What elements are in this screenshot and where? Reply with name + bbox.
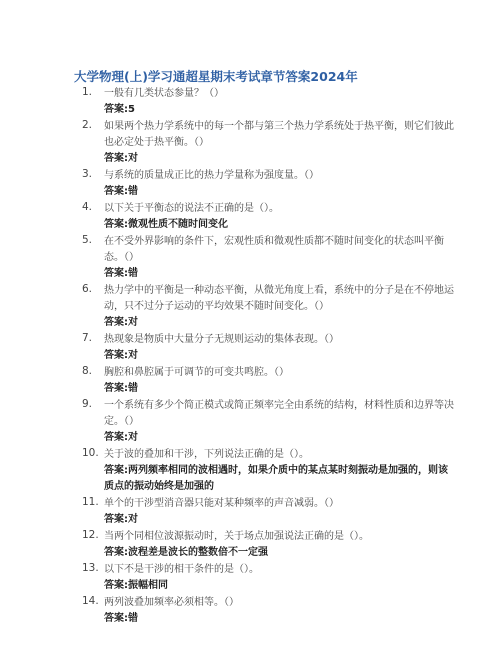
- question-item: 9. 一个系统有多少个简正模式或简正频率完全由系统的结构，材料性质和边界等决定。…: [74, 398, 454, 446]
- question-item: 4. 以下关于平衡态的说法不正确的是（）。 答案:微观性质不随时间变化: [74, 201, 454, 233]
- question-number: 10.: [82, 447, 99, 459]
- question-number: 1.: [82, 86, 92, 98]
- question-text: 单个的干涉型消音器只能对某种频率的声音减弱。（）: [104, 496, 454, 512]
- question-item: 2. 如果两个热力学系统中的每一个都与第三个热力学系统处于热平衡，则它们彼此也必…: [74, 119, 454, 167]
- answer-text: 答案:错: [104, 184, 454, 200]
- question-text: 关于波的叠加和干涉，下列说法正确的是（）。: [104, 447, 454, 463]
- question-number: 11.: [82, 496, 99, 508]
- question-text: 热现象是物质中大量分子无规则运动的集体表现。（）: [104, 332, 454, 348]
- question-number: 6.: [82, 283, 92, 295]
- question-text: 胸腔和鼻腔属于可调节的可变共鸣腔。（）: [104, 365, 454, 381]
- question-number: 2.: [82, 119, 92, 131]
- question-list: 1. 一般有几类状态参量？（） 答案:5 2. 如果两个热力学系统中的每一个都与…: [74, 86, 454, 628]
- question-text: 当两个同相位波源振动时，关于场点加强说法正确的是（）。: [104, 529, 454, 545]
- question-number: 13.: [82, 562, 99, 574]
- question-item: 11. 单个的干涉型消音器只能对某种频率的声音减弱。（） 答案:对: [74, 496, 454, 528]
- question-item: 1. 一般有几类状态参量？（） 答案:5: [74, 86, 454, 118]
- answer-text: 答案:错: [104, 381, 454, 397]
- question-item: 10. 关于波的叠加和干涉，下列说法正确的是（）。 答案:两列频率相同的波相遇时…: [74, 447, 454, 495]
- answer-text: 答案:波程差是波长的整数倍不一定强: [104, 545, 454, 561]
- question-number: 14.: [82, 595, 99, 607]
- answer-text: 答案:振幅相同: [104, 578, 454, 594]
- question-item: 5. 在不受外界影响的条件下，宏观性质和微观性质都不随时间变化的状态叫平衡态。（…: [74, 234, 454, 282]
- answer-text: 答案:对: [104, 315, 454, 331]
- answer-text: 答案:微观性质不随时间变化: [104, 217, 454, 233]
- question-number: 12.: [82, 529, 99, 541]
- answer-text: 答案:对: [104, 430, 454, 446]
- question-number: 3.: [82, 168, 92, 180]
- question-text: 以下关于平衡态的说法不正确的是（）。: [104, 201, 454, 217]
- answer-text: 答案:两列频率相同的波相遇时，如果介质中的某点某时刻振动是加强的，则该质点的振动…: [104, 463, 454, 495]
- question-item: 13. 以下不是干涉的相干条件的是（）。 答案:振幅相同: [74, 562, 454, 594]
- question-text: 一个系统有多少个简正模式或简正频率完全由系统的结构，材料性质和边界等决定。（）: [104, 398, 454, 430]
- answer-text: 答案:5: [104, 102, 454, 118]
- question-number: 9.: [82, 398, 92, 410]
- question-text: 一般有几类状态参量？（）: [104, 86, 454, 102]
- document-page: 大学物理(上)学习通超星期末考试章节答案2024年 1. 一般有几类状态参量？（…: [0, 0, 500, 647]
- question-item: 14. 两列波叠加频率必须相等。（） 答案:错: [74, 595, 454, 627]
- answer-text: 答案:对: [104, 348, 454, 364]
- question-item: 3. 与系统的质量成正比的热力学量称为强度量。（） 答案:错: [74, 168, 454, 200]
- document-title: 大学物理(上)学习通超星期末考试章节答案2024年: [74, 67, 358, 85]
- question-number: 4.: [82, 201, 92, 213]
- answer-text: 答案:错: [104, 266, 454, 282]
- question-text: 如果两个热力学系统中的每一个都与第三个热力学系统处于热平衡，则它们彼此也必定处于…: [104, 119, 454, 151]
- question-text: 热力学中的平衡是一种动态平衡，从微光角度上看，系统中的分子是在不停地运动，只不过…: [104, 283, 454, 315]
- answer-text: 答案:错: [104, 611, 454, 627]
- question-text: 两列波叠加频率必须相等。（）: [104, 595, 454, 611]
- question-text: 以下不是干涉的相干条件的是（）。: [104, 562, 454, 578]
- question-number: 5.: [82, 234, 92, 246]
- question-number: 8.: [82, 365, 92, 377]
- question-text: 在不受外界影响的条件下，宏观性质和微观性质都不随时间变化的状态叫平衡态。（）: [104, 234, 454, 266]
- question-number: 7.: [82, 332, 92, 344]
- answer-text: 答案:对: [104, 151, 454, 167]
- question-item: 12. 当两个同相位波源振动时，关于场点加强说法正确的是（）。 答案:波程差是波…: [74, 529, 454, 561]
- answer-text: 答案:对: [104, 512, 454, 528]
- question-text: 与系统的质量成正比的热力学量称为强度量。（）: [104, 168, 454, 184]
- question-item: 7. 热现象是物质中大量分子无规则运动的集体表现。（） 答案:对: [74, 332, 454, 364]
- question-item: 6. 热力学中的平衡是一种动态平衡，从微光角度上看，系统中的分子是在不停地运动，…: [74, 283, 454, 331]
- question-item: 8. 胸腔和鼻腔属于可调节的可变共鸣腔。（） 答案:错: [74, 365, 454, 397]
